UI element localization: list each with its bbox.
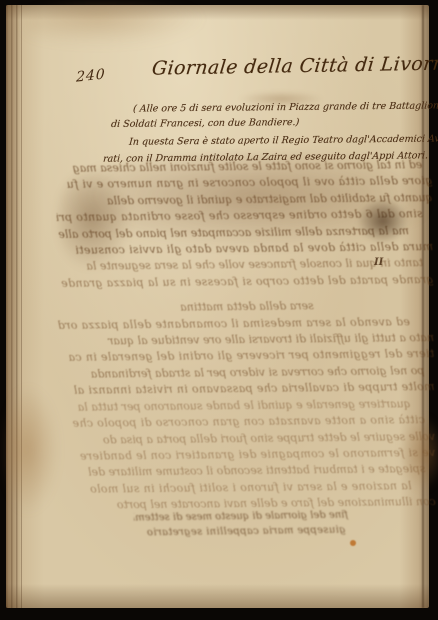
bleed-through-closing: fine del giornale di questo mese di sett… xyxy=(134,507,358,540)
scan-frame: ed in tal giorno si sono fatte le solite… xyxy=(0,0,438,620)
stain-fox-dot xyxy=(350,540,356,546)
stain-top-corner xyxy=(26,5,206,45)
manuscript-page: ed in tal giorno si sono fatte le solite… xyxy=(6,5,429,608)
entry-line: ( Alle ore 5 di sera evoluzioni in Piazz… xyxy=(133,100,438,114)
bleed-through-line: giuseppe maria cappellini segretario xyxy=(134,522,358,540)
bleed-through-line: grande parata del detto corpo si facesse… xyxy=(57,272,433,292)
marginal-mark-ii: II xyxy=(374,257,383,268)
entry-line: In questa Sera è stato aperto il Regio T… xyxy=(129,133,438,148)
binding-edge xyxy=(6,5,22,608)
journal-title: Giornale della Città di Livorno xyxy=(151,52,438,79)
entry-line: di Soldati Francesi, con due Bandiere.) xyxy=(111,117,300,130)
bleed-through-text: ed in tal giorno si sono fatte le solite… xyxy=(56,157,436,514)
page-number: 240 xyxy=(76,66,106,85)
